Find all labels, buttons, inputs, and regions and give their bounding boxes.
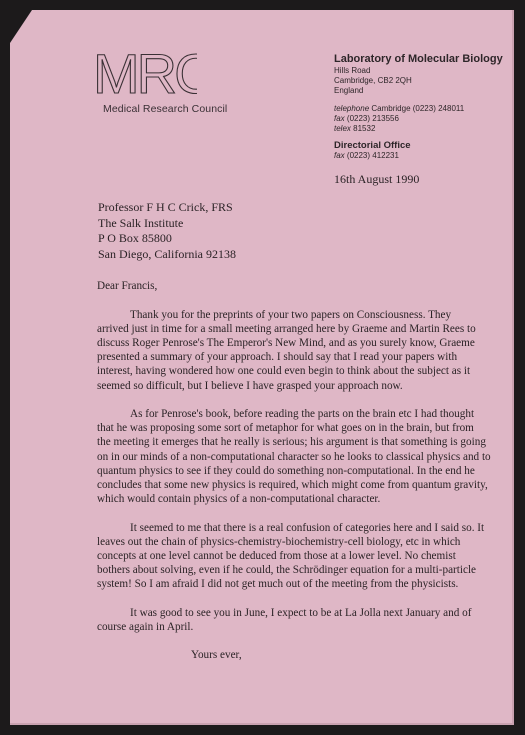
salutation: Dear Francis, xyxy=(97,279,502,293)
text-line: As for Penrose's book, before reading th… xyxy=(97,407,502,421)
fax-label: fax xyxy=(334,114,345,123)
letter-date: 16th August 1990 xyxy=(334,172,419,187)
recipient-line: P O Box 85800 xyxy=(98,231,236,247)
text-line: Thank you for the preprints of your two … xyxy=(97,308,502,322)
text-line: which would contain physics of a non-com… xyxy=(64,492,502,506)
fax-line: fax (0223) 213556 xyxy=(334,114,503,124)
address-line: England xyxy=(334,86,503,96)
text-line: course again in April. xyxy=(64,620,502,634)
mrc-logo-text: MRC xyxy=(93,51,197,95)
directorial-fax-value: (0223) 412231 xyxy=(347,151,399,160)
address-line: Hills Road xyxy=(334,66,503,76)
text-line: the meeting it emerges that he really is… xyxy=(64,435,502,449)
text-line: leaves out the chain of physics-chemistr… xyxy=(64,535,502,549)
letter-page: MRC Medical Research Council Laboratory … xyxy=(10,10,514,725)
telex-label: telex xyxy=(334,124,351,133)
recipient-line: The Salk Institute xyxy=(98,216,236,232)
telephone-line: telephone Cambridge (0223) 248011 xyxy=(334,104,503,114)
text-line: discuss Roger Penrose's The Emperor's Ne… xyxy=(64,336,502,350)
text-line: concepts at one level cannot be deduced … xyxy=(64,549,502,563)
mrc-logo: MRC xyxy=(93,51,197,95)
paragraph: Thank you for the preprints of your two … xyxy=(97,308,502,393)
recipient-line: Professor F H C Crick, FRS xyxy=(98,200,236,216)
text-line: It seemed to me that there is a real con… xyxy=(97,521,502,535)
telex-value: 81532 xyxy=(353,124,375,133)
paragraph: It seemed to me that there is a real con… xyxy=(97,521,502,592)
text-line: interest, having wondered how one could … xyxy=(64,364,502,378)
text-line: seemed so difficult, but I believe I hav… xyxy=(64,379,502,393)
directorial-office: Directorial Office xyxy=(334,140,503,151)
fax-value: (0223) 213556 xyxy=(347,114,399,123)
text-line: on in our minds of a non-computational c… xyxy=(64,450,502,464)
text-line: system! So I am afraid I did not get muc… xyxy=(64,577,502,591)
letterhead-block: Laboratory of Molecular Biology Hills Ro… xyxy=(334,53,503,161)
lab-name: Laboratory of Molecular Biology xyxy=(334,53,503,66)
paragraph: It was good to see you in June, I expect… xyxy=(97,606,502,634)
paragraph: As for Penrose's book, before reading th… xyxy=(97,407,502,506)
telephone-value: Cambridge (0223) 248011 xyxy=(371,104,464,113)
text-line: quantum physics to see if they could do … xyxy=(64,464,502,478)
telex-line: telex 81532 xyxy=(334,124,503,134)
directorial-fax-line: fax (0223) 412231 xyxy=(334,151,503,161)
text-line: It was good to see you in June, I expect… xyxy=(97,606,502,620)
text-line: bothers about solving, even if he could,… xyxy=(64,563,502,577)
text-line: concludes that some new physics is requi… xyxy=(64,478,502,492)
telephone-label: telephone xyxy=(334,104,369,113)
directorial-fax-label: fax xyxy=(334,151,345,160)
organization-name: Medical Research Council xyxy=(103,103,227,115)
letter-body: Dear Francis, Thank you for the preprint… xyxy=(97,279,502,677)
text-line: presented a summary of your approach. I … xyxy=(64,350,502,364)
closing: Yours ever, xyxy=(191,648,502,662)
text-line: arrived just in time for a small meeting… xyxy=(64,322,502,336)
recipient-line: San Diego, California 92138 xyxy=(98,247,236,263)
text-line: that he was proposing some sort of metap… xyxy=(64,421,502,435)
address-line: Cambridge, CB2 2QH xyxy=(334,76,503,86)
recipient-address: Professor F H C Crick, FRS The Salk Inst… xyxy=(98,200,236,262)
